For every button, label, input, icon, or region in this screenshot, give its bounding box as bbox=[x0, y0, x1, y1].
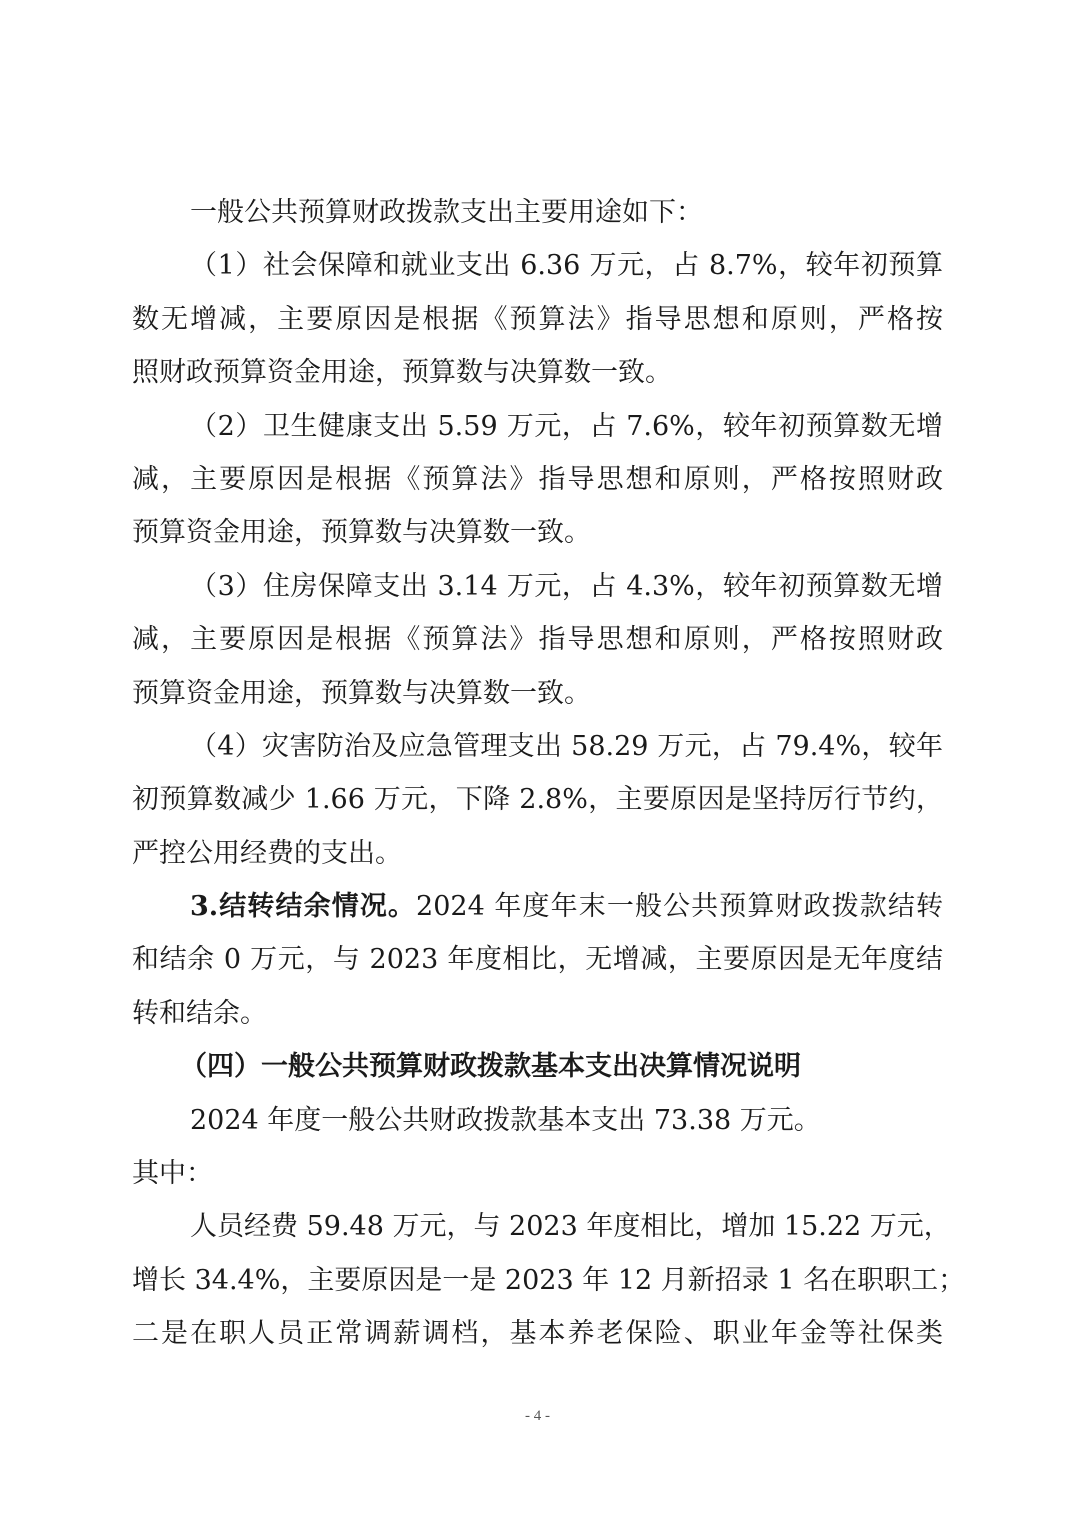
document-page: 一般公共预算财政拨款支出主要用途如下： （1）社会保障和就业支出 6.36 万元… bbox=[0, 0, 1075, 1520]
paragraph-item-3-line: （3）住房保障支出 3.14 万元，占 4.3%，较年初预算数无增 bbox=[132, 560, 943, 613]
paragraph-item-2-line: （2）卫生健康支出 5.59 万元，占 7.6%，较年初预算数无增 bbox=[132, 400, 943, 453]
paragraph-item-1-line: 照财政预算资金用途，预算数与决算数一致。 bbox=[132, 346, 943, 399]
paragraph-item-4-line: （4）灾害防治及应急管理支出 58.29 万元，占 79.4%，较年 bbox=[132, 720, 943, 773]
paragraph-item-1-line: 数无增减，主要原因是根据《预算法》指导思想和原则，严格按 bbox=[132, 293, 943, 346]
paragraph-personnel-line: 人员经费 59.48 万元，与 2023 年度相比，增加 15.22 万元， bbox=[132, 1200, 943, 1253]
document-body: 一般公共预算财政拨款支出主要用途如下： （1）社会保障和就业支出 6.36 万元… bbox=[132, 186, 943, 1361]
paragraph-item-2-line: 预算资金用途，预算数与决算数一致。 bbox=[132, 506, 943, 559]
carryover-lead: 3.结转结余情况。 bbox=[190, 891, 416, 922]
paragraph-personnel-line: 增长 34.4%，主要原因是一是 2023 年 12 月新招录 1 名在职职工； bbox=[132, 1254, 943, 1307]
paragraph-item-2-line: 减，主要原因是根据《预算法》指导思想和原则，严格按照财政 bbox=[132, 453, 943, 506]
paragraph-carryover-line: 和结余 0 万元，与 2023 年度相比，无增减，主要原因是无年度结 bbox=[132, 933, 943, 986]
paragraph-item-3-line: 减，主要原因是根据《预算法》指导思想和原则，严格按照财政 bbox=[132, 613, 943, 666]
paragraph-item-4-line: 初预算数减少 1.66 万元，下降 2.8%，主要原因是坚持厉行节约， bbox=[132, 773, 943, 826]
paragraph-item-1-line: （1）社会保障和就业支出 6.36 万元，占 8.7%，较年初预算 bbox=[132, 239, 943, 292]
paragraph-personnel-line: 二是在职人员正常调薪调档，基本养老保险、职业年金等社保类 bbox=[132, 1307, 943, 1360]
paragraph-basic-expenditure-line: 2024 年度一般公共财政拨款基本支出 73.38 万元。 bbox=[132, 1094, 943, 1147]
paragraph-carryover-line: 转和结余。 bbox=[132, 987, 943, 1040]
page-number: - 4 - bbox=[0, 1408, 1075, 1425]
paragraph-item-4-line: 严控公用经费的支出。 bbox=[132, 827, 943, 880]
paragraph-item-3-line: 预算资金用途，预算数与决算数一致。 bbox=[132, 667, 943, 720]
paragraph-basic-expenditure-line: 其中： bbox=[132, 1147, 943, 1200]
paragraph-intro-line: 一般公共预算财政拨款支出主要用途如下： bbox=[132, 186, 943, 239]
section-heading: （四）一般公共预算财政拨款基本支出决算情况说明 bbox=[132, 1040, 943, 1093]
carryover-text: 2024 年度年末一般公共预算财政拨款结转 bbox=[416, 891, 943, 922]
paragraph-carryover-line: 3.结转结余情况。2024 年度年末一般公共预算财政拨款结转 bbox=[132, 880, 943, 933]
